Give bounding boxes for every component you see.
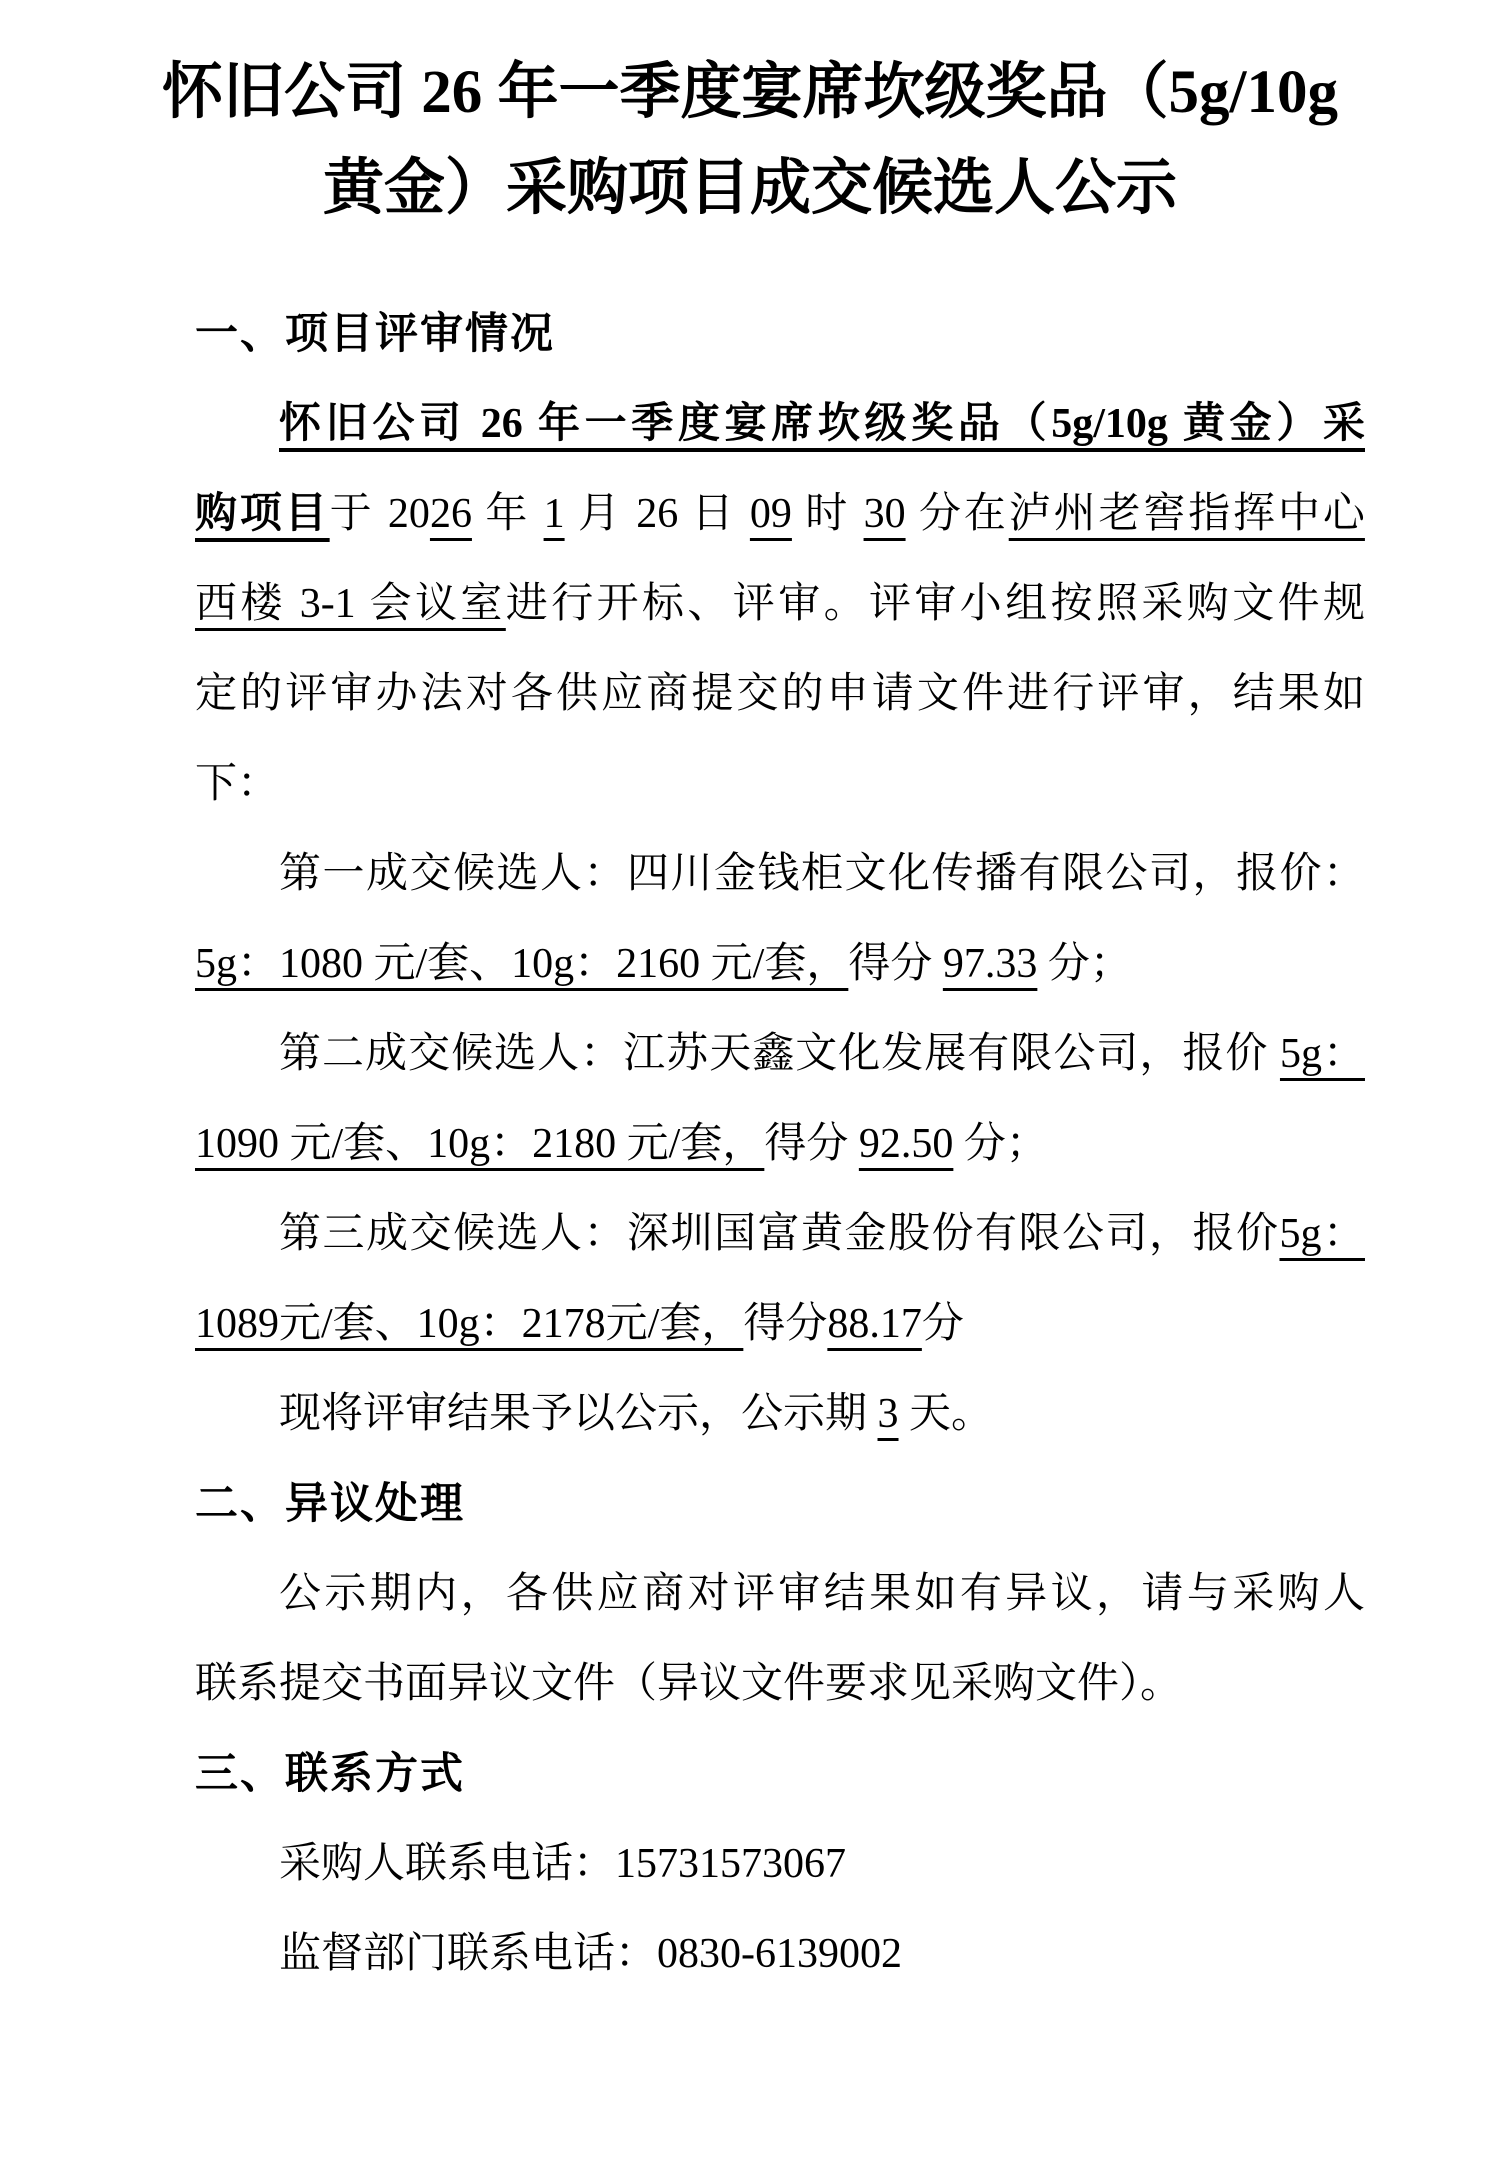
text-segment: 5g：1080 元/套、10g：2160 元/套， [195,941,848,987]
text-segment: 时 [792,491,864,537]
body-line: 购项目于 2026 年 1 月 26 日 09 时 30 分在泸州老窖指挥中心 [195,469,1365,559]
document-title-line-1: 怀旧公司 26 年一季度宴席坎级奖品（5g/10g [0,45,1500,141]
text-segment: 得分 [764,1121,859,1167]
body-line: 5g：1080 元/套、10g：2160 元/套，得分 97.33 分； [195,919,1365,1009]
text-segment: 88.17 [827,1301,922,1347]
text-segment: 1089元/套、10g：2178元/套， [195,1301,743,1347]
body-line: 1089元/套、10g：2178元/套，得分88.17分 [195,1279,1365,1369]
text-segment: 怀旧公司 26 年一季度宴席坎级奖品（5g/10g 黄金）采 [279,401,1365,447]
body-line: 第一成交候选人：四川金钱柜文化传播有限公司，报价： [195,829,1365,919]
text-segment: 二、异议处理 [195,1480,465,1528]
text-segment: 进行开标、评审。评审小组按照采购文件规 [506,581,1365,627]
body-line: 西楼 3-1 会议室进行开标、评审。评审小组按照采购文件规 [195,559,1365,649]
body-line: 采购人联系电话：15731573067 [195,1819,1365,1909]
document-body: 一、项目评审情况怀旧公司 26 年一季度宴席坎级奖品（5g/10g 黄金）采购项… [0,289,1500,1999]
text-segment: 公示期内，各供应商对评审结果如有异议，请与采购人 [279,1571,1365,1617]
text-segment: 泸州老窖指挥中心 [1009,491,1365,537]
section-heading: 二、异议处理 [195,1459,1365,1549]
text-segment: 定的评审办法对各供应商提交的申请文件进行评审，结果如 [195,671,1365,717]
body-line: 公示期内，各供应商对评审结果如有异议，请与采购人 [195,1549,1365,1639]
text-segment: 92.50 [859,1121,954,1167]
text-segment: 三、联系方式 [195,1750,465,1798]
text-segment: 分； [953,1121,1048,1167]
document-title-line-2: 黄金）采购项目成交候选人公示 [0,141,1500,237]
text-segment: 联系提交书面异议文件（异议文件要求见采购文件）。 [195,1661,1182,1707]
text-segment: 得分 [848,941,943,987]
text-segment: 09 [750,491,792,537]
text-segment: 第一成交候选人：四川金钱柜文化传播有限公司，报价： [279,851,1365,897]
text-segment: 30 [864,491,906,537]
text-segment: 天。 [899,1391,994,1437]
text-segment: 年 [472,491,544,537]
text-segment: 现将评审结果予以公示，公示期 [279,1391,878,1437]
text-segment: 下： [195,761,279,807]
text-segment: 分； [1037,941,1132,987]
text-segment: 分 [922,1301,964,1347]
text-segment: 月 26 日 [565,491,750,537]
body-line: 联系提交书面异议文件（异议文件要求见采购文件）。 [195,1639,1365,1729]
text-segment: 分在 [906,491,1009,537]
text-segment: 采购人联系电话：15731573067 [279,1841,846,1887]
text-segment: 西楼 3-1 会议室 [195,581,506,627]
document-page: 怀旧公司 26 年一季度宴席坎级奖品（5g/10g 黄金）采购项目成交候选人公示… [0,0,1500,1999]
body-line: 怀旧公司 26 年一季度宴席坎级奖品（5g/10g 黄金）采 [195,379,1365,469]
text-segment: 于 20 [330,491,430,537]
body-line: 第二成交候选人：江苏天鑫文化发展有限公司，报价 5g： [195,1009,1365,1099]
text-segment: 5g： [1279,1211,1365,1257]
body-line: 现将评审结果予以公示，公示期 3 天。 [195,1369,1365,1459]
document-title: 怀旧公司 26 年一季度宴席坎级奖品（5g/10g 黄金）采购项目成交候选人公示 [0,45,1500,237]
section-heading: 三、联系方式 [195,1729,1365,1819]
section-heading: 一、项目评审情况 [195,289,1365,379]
text-segment: 购项目 [195,491,330,537]
text-segment: 1 [544,491,565,537]
text-segment: 第二成交候选人：江苏天鑫文化发展有限公司，报价 [279,1031,1280,1077]
body-line: 第三成交候选人：深圳国富黄金股份有限公司，报价5g： [195,1189,1365,1279]
body-line: 下： [195,739,1365,829]
text-segment: 3 [878,1391,899,1437]
body-line: 定的评审办法对各供应商提交的申请文件进行评审，结果如 [195,649,1365,739]
body-line: 1090 元/套、10g：2180 元/套，得分 92.50 分； [195,1099,1365,1189]
text-segment: 26 [430,491,472,537]
text-segment: 97.33 [943,941,1038,987]
text-segment: 第三成交候选人：深圳国富黄金股份有限公司，报价 [279,1211,1279,1257]
text-segment: 一、项目评审情况 [195,310,555,358]
body-line: 监督部门联系电话：0830-6139002 [195,1909,1365,1999]
text-segment: 监督部门联系电话：0830-6139002 [279,1931,902,1977]
text-segment: 1090 元/套、10g：2180 元/套， [195,1121,764,1167]
text-segment: 5g： [1280,1031,1365,1077]
text-segment: 得分 [743,1301,827,1347]
